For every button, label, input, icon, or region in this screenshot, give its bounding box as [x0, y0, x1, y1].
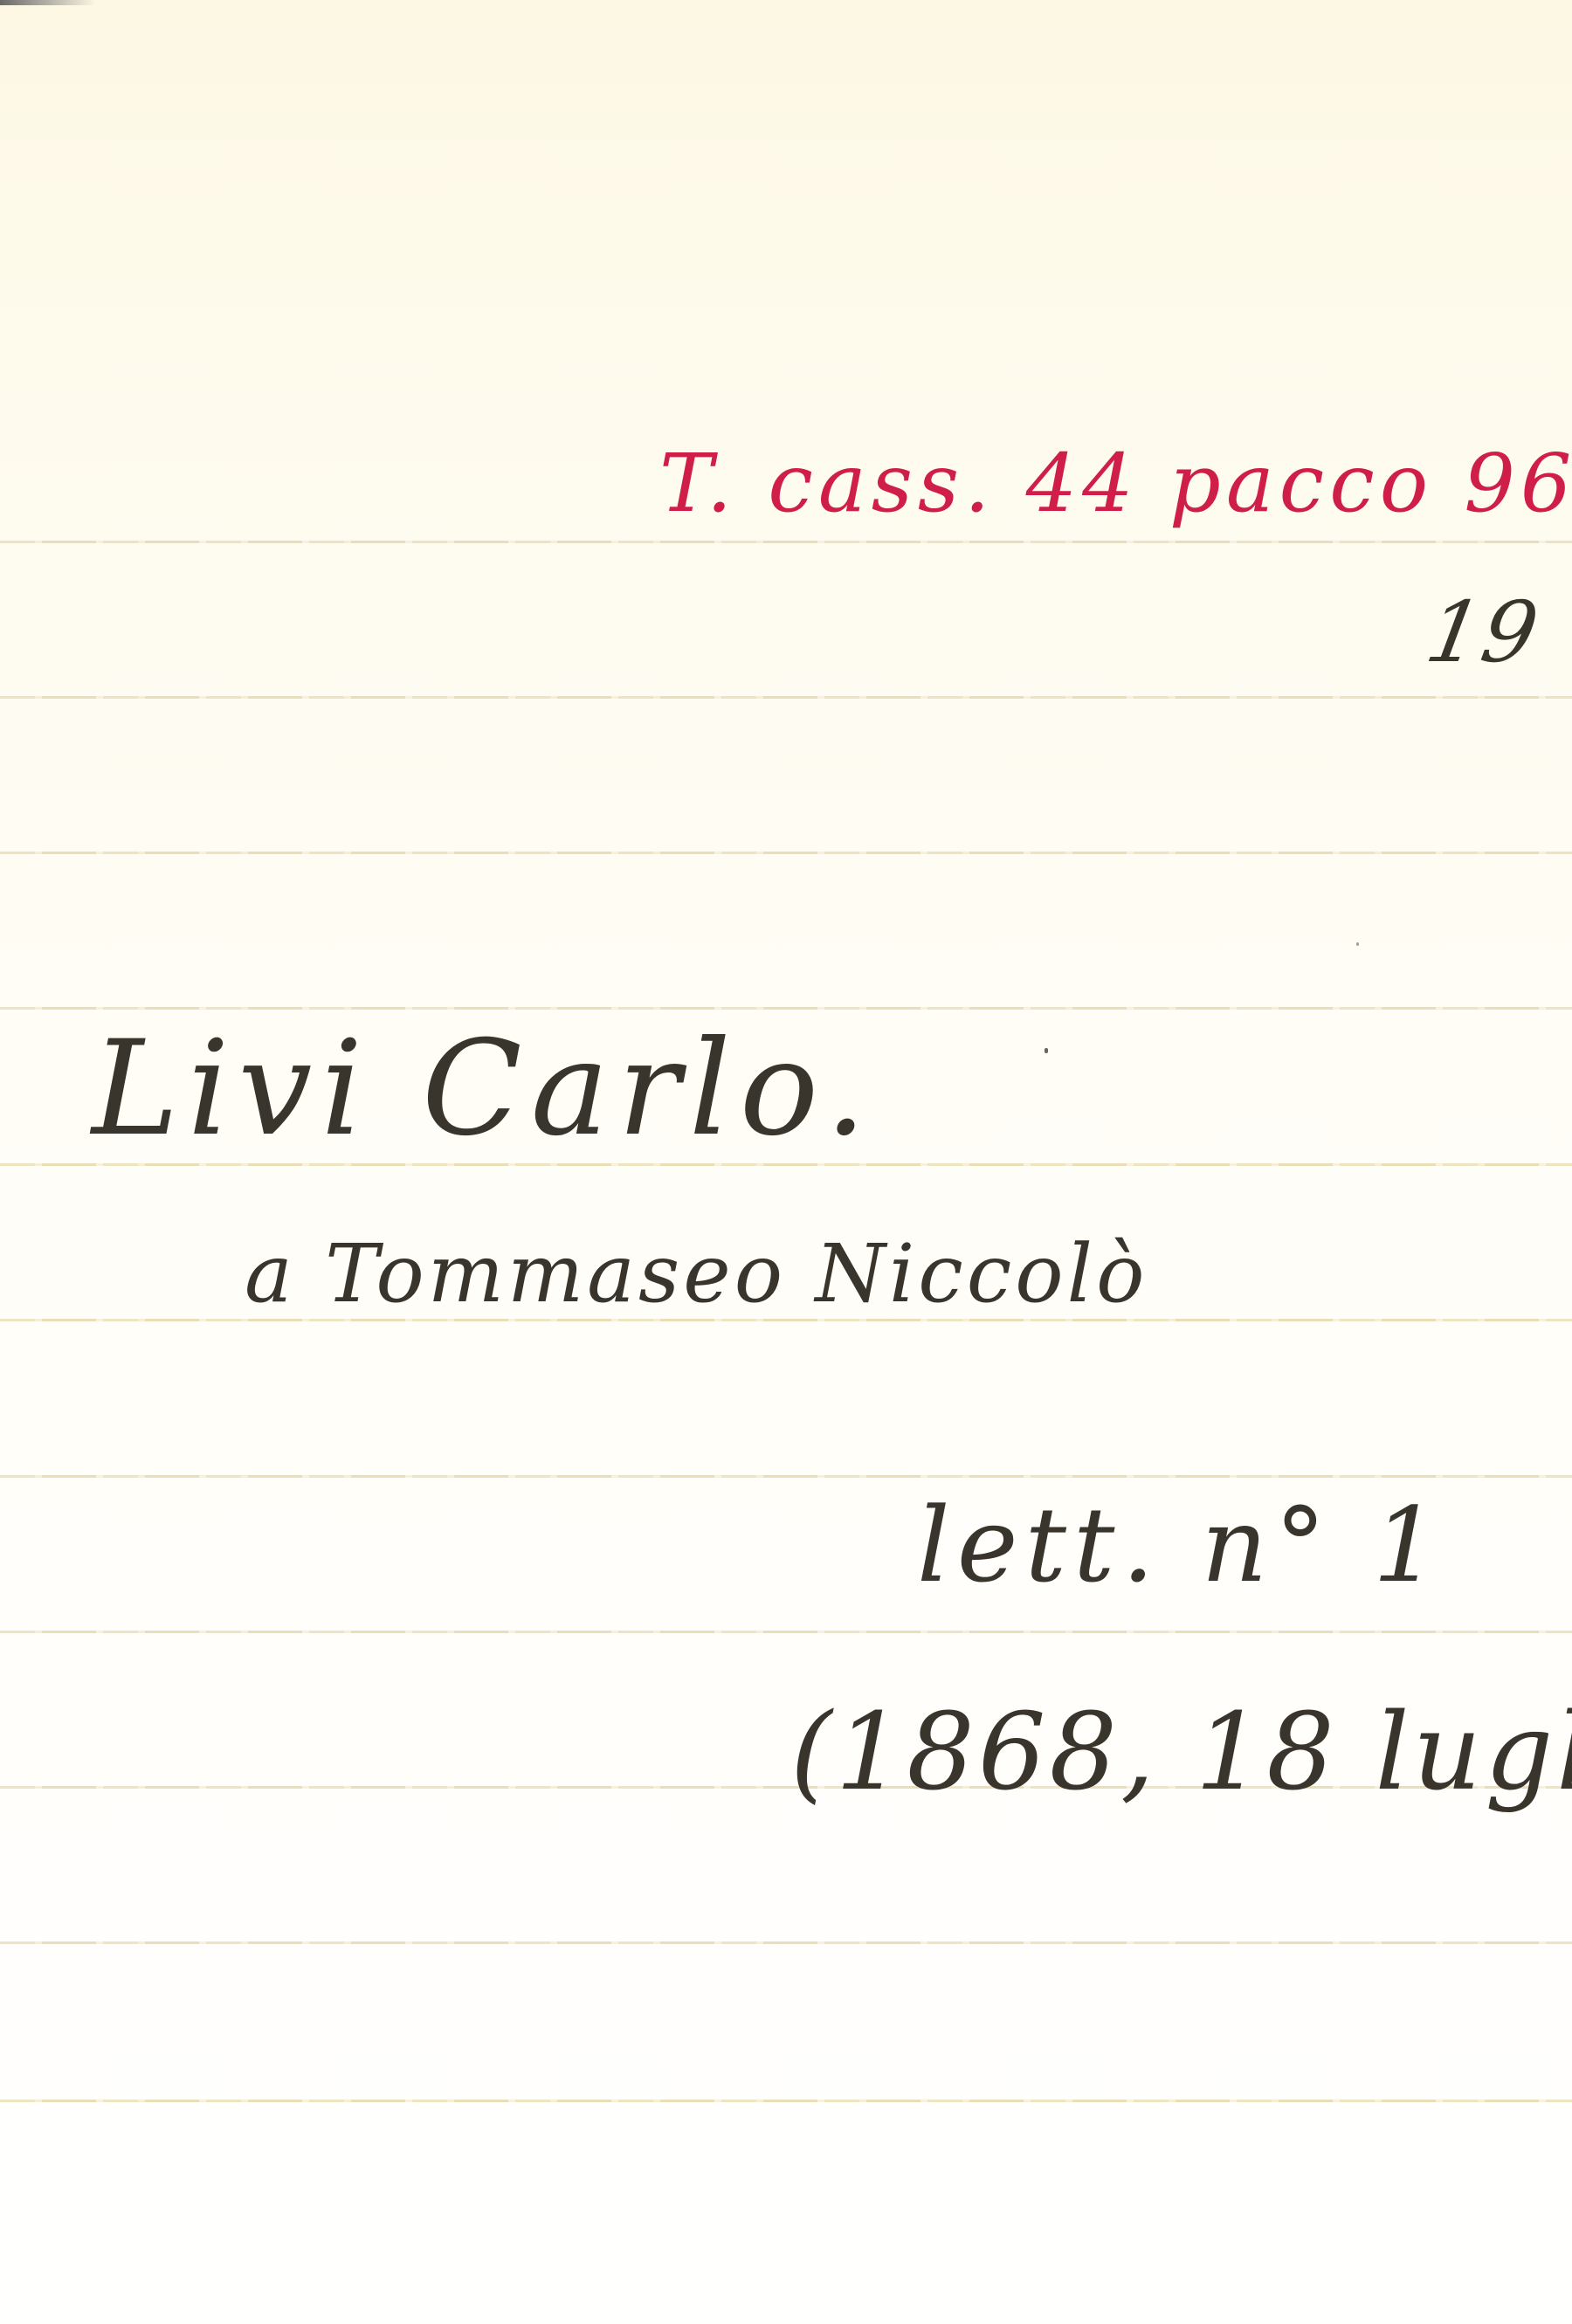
- ruled-line: [0, 2100, 1572, 2102]
- ruled-line: [0, 696, 1572, 699]
- paper-speck: [1356, 942, 1359, 946]
- author-name: Livi Carlo.: [92, 1013, 875, 1165]
- paper-speck: [1045, 1048, 1048, 1053]
- letter-count: lett. n° 1: [917, 1485, 1445, 1605]
- ruled-line: [0, 541, 1572, 543]
- ruled-line: [0, 1941, 1572, 1944]
- recipient-name: a Tommaseo Niccolò: [245, 1227, 1148, 1321]
- letter-date: (1868, 18 luglio): [790, 1690, 1572, 1814]
- ruled-line: [0, 852, 1572, 854]
- ruled-line: [0, 1631, 1572, 1633]
- scan-edge-shadow: [0, 0, 96, 5]
- shelfmark: T. cass. 44 pacco 96.: [659, 437, 1572, 530]
- item-number: 19: [1419, 583, 1547, 681]
- ruled-line: [0, 1007, 1572, 1010]
- ruled-line: [0, 1475, 1572, 1478]
